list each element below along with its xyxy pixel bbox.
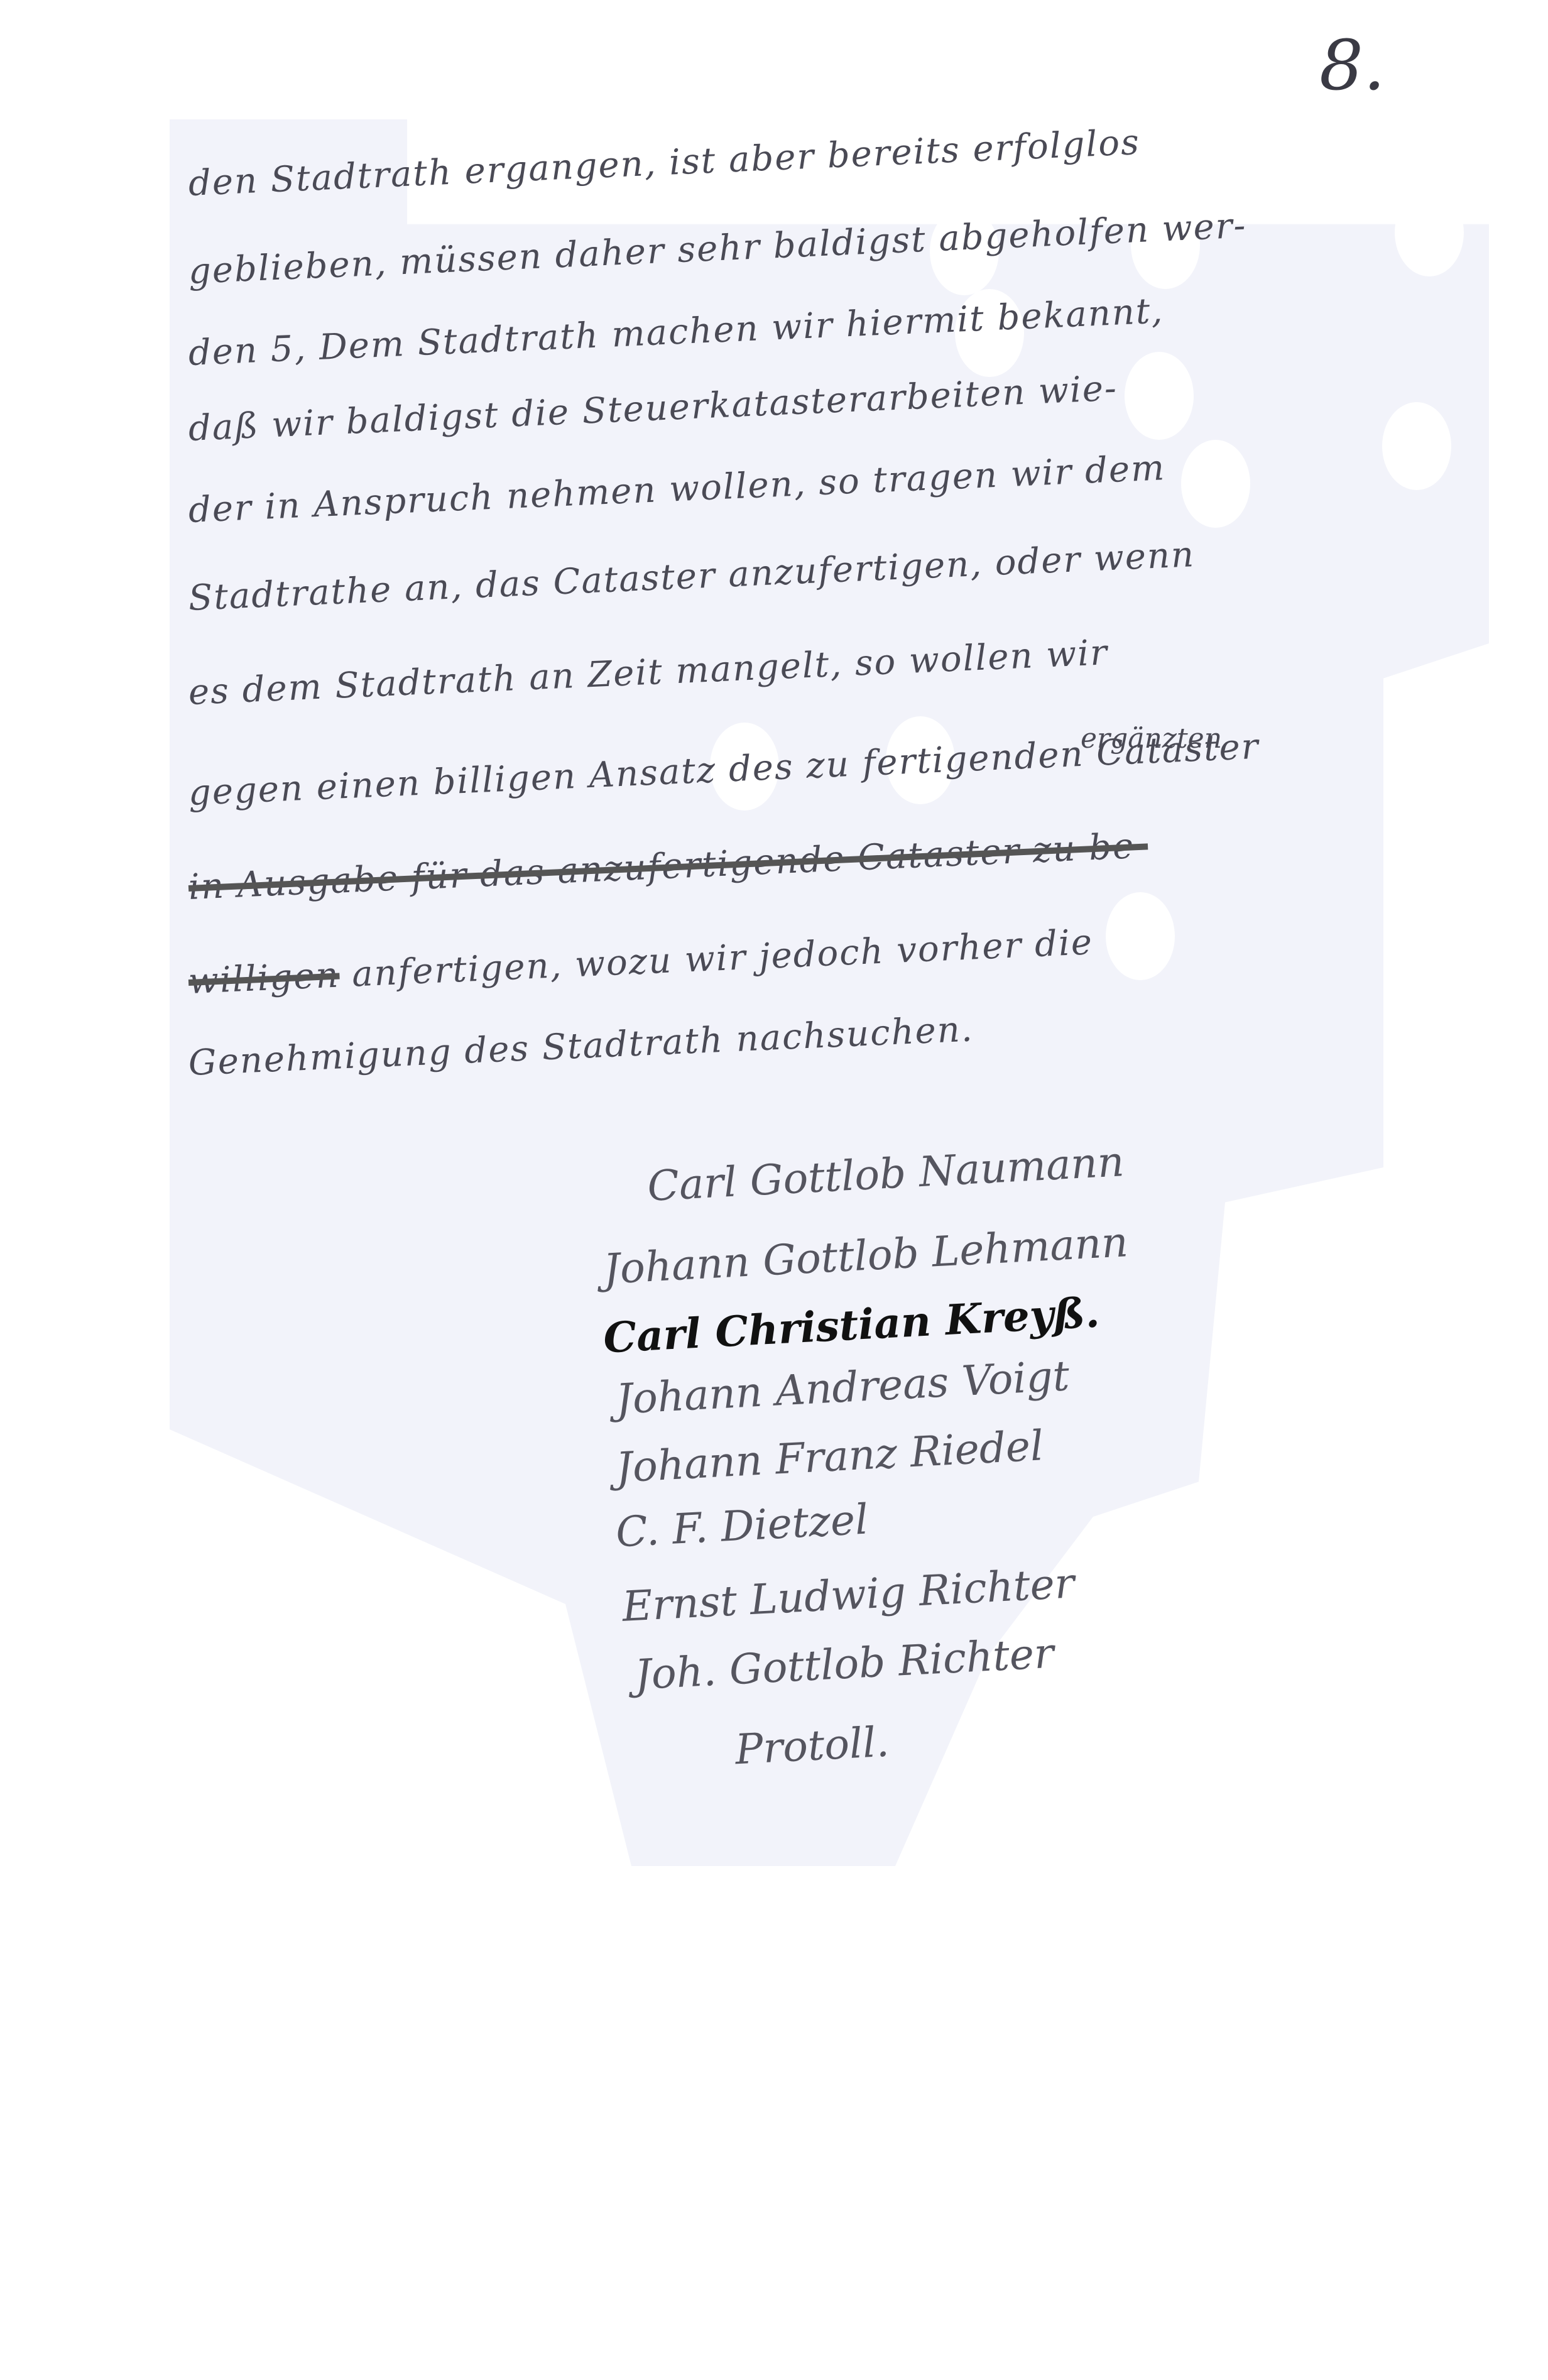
paper-hole bbox=[1181, 440, 1250, 528]
paper-hole bbox=[1106, 892, 1175, 980]
signature: Protoll. bbox=[734, 1718, 890, 1774]
paper-hole bbox=[1382, 402, 1451, 490]
paper-hole bbox=[1125, 352, 1194, 440]
struck-word: willigen bbox=[188, 955, 341, 1002]
paper-hole bbox=[1395, 188, 1464, 276]
page-number: 8. bbox=[1319, 25, 1385, 106]
